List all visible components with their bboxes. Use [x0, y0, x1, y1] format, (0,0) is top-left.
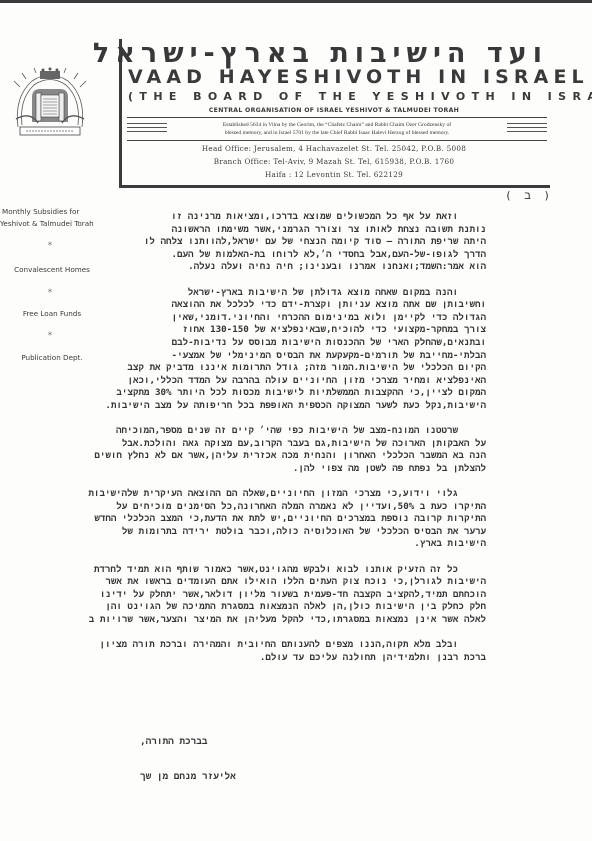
decorative-lines-right — [507, 123, 547, 135]
body-paragraph: וזאת על אף כל המכשולים שמוצא בדרכו,ומציא… — [14, 211, 486, 274]
body-line: גלוי וידוע,כי מצרכי המזון החיוניים,שאלה … — [24, 488, 486, 501]
emblem-icon — [12, 67, 88, 139]
body-line: וחשיבותן שם אתה מוצא עניותן וקצרת-ידם כד… — [120, 299, 486, 312]
letter-page: ועד הישיבות בארץ-ישראל VAAD HAYESHIVOTH … — [0, 3, 592, 841]
haifa-office: Haifa : 12 Levontin St. Tel. 622129 — [122, 170, 546, 179]
established-box: Established 5634 in Vilna by the Georim,… — [127, 117, 547, 141]
body-line: ובלב מלא תקוה,הננו מצפים להענותם החיובית… — [14, 639, 486, 652]
body-line: שרטטנו המונח-מצב של הישיבות כפי שהי׳ קיי… — [80, 425, 486, 438]
body-line: הדרך לגופו-של-העם,אבל בחסדי ה׳,לא לרוחו … — [90, 249, 486, 262]
established-line-1: Established 5634 in Vilna by the Georim,… — [182, 121, 492, 129]
body-line: התיקרות קרובה נוספת במצרכים החיוניים,יש … — [20, 513, 486, 526]
body-line: צורך במחקר-מקצועי כדי להוכיח,שבאינפלציא … — [120, 324, 486, 337]
letterhead: ועד הישיבות בארץ-ישראל VAAD HAYESHIVOTH … — [119, 39, 550, 188]
body-line: המקום לציין,כי ההקצבות הממשלתיות לישיבות… — [76, 387, 486, 400]
letterhead-central-org: CENTRAL ORGANISATION OF ISRAEL YESHIVOT … — [122, 107, 546, 114]
body-line: התיקרו כעת ב 50%,ועדיין לא נאמרה המלה הא… — [28, 501, 486, 514]
decorative-lines-left — [127, 123, 167, 135]
body-line: הוא אמר:השמד;ואנחנו אמרנו ובענינו; חיה נ… — [140, 261, 486, 274]
body-line: נותנת תשובה נצחת לאותו צר וצורר הגרמני,א… — [90, 224, 486, 237]
body-line: ובתנאים,שהחלק הארי של ההכנסות הישיבות מב… — [120, 337, 486, 350]
body-line: היתה שריפת התורה – סוד קיומה הנצחי של עם… — [90, 236, 486, 249]
body-line: להצלתן בל נפתח פה לשטן מה צפוי להן. — [140, 463, 486, 476]
closing-salutation: בברכת התורה, — [140, 736, 208, 747]
body-line: הישיבות לגורלן,כי נוכח צוק העתים הללו הו… — [24, 576, 486, 589]
body-line: כל זה הזעיק אותנו לבוא ולבקש מהגוינט,אשר… — [24, 564, 486, 577]
body-line: חלק כחלק בין הישיבות כולן,הן לאלה הנמצאו… — [24, 601, 486, 614]
body-paragraph: שרטטנו המונח-מצב של הישיבות כפי שהי׳ קיי… — [14, 425, 486, 475]
letterhead-subtitle: (THE BOARD OF THE YESHIVOTH IN ISRAEL) — [128, 91, 546, 103]
body-line: הישיבות,נקל כעת לשער המצוקה הכספית האופפ… — [74, 400, 486, 413]
body-line: ערער את הבסיס הכלכלי של האוכלוסיה כולה,ו… — [28, 526, 486, 539]
body-line: הוכחתם תמיד,להקציב הקצבה חד-פעמית בשעור … — [24, 589, 486, 602]
body-paragraph: והנה במקום שאחה מוצא גדולתן של הישיבות ב… — [14, 287, 486, 413]
established-text: Established 5634 in Vilna by the Georim,… — [182, 121, 492, 137]
body-line: וזאת על אף כל המכשולים שמוצא בדרכו,ומציא… — [90, 211, 486, 224]
body-line: והנה במקום שאחה מוצא גדולתן של הישיבות ב… — [130, 287, 486, 300]
body-line: על האבקותן הארוכה של הישיבות,גם בעבר הקר… — [70, 438, 486, 451]
body-paragraph: ובלב מלא תקוה,הננו מצפים להענותם החיובית… — [14, 639, 486, 664]
letterhead-hebrew-title: ועד הישיבות בארץ-ישראל — [128, 41, 548, 67]
body-line: הנה בא המשבר הכלכלי האחרון והנחית מכה אכ… — [44, 450, 486, 463]
body-line: הקיום הכלכלי של הישיבות.המור מזה; גודל ה… — [80, 362, 486, 375]
body-line: האינפלציא ומחיר מצרכי מזון החיוניים עולה… — [78, 375, 486, 388]
head-office: Head Office: Jerusalem, 4 Hachavazelet S… — [122, 144, 546, 153]
body-line: ברכת רבנן ותלמידיהן תחולנה עליכם עד עולם… — [130, 652, 486, 665]
body-line: הגדולה כדי לקיימן ולוא במינימום ההכרחי ו… — [120, 312, 486, 325]
body-line: הישיבות בארץ. — [380, 538, 486, 551]
body-line: הבלתי-מחייבת של תורמים-מקעקעת את הבסיס ה… — [120, 350, 486, 363]
body-paragraph: כל זה הזעיק אותנו לבוא ולבקש מהגוינט,אשר… — [14, 564, 486, 627]
letter-body: וזאת על אף כל המכשולים שמוצא בדרכו,ומציא… — [14, 211, 486, 677]
branch-office: Branch Office: Tel-Aviv, 9 Mazah St. Tel… — [122, 157, 546, 166]
letterhead-english-title: VAAD HAYESHIVOTH IN ISRAEL — [128, 67, 546, 87]
established-line-2: blessed memory, and in Israel 5701 by th… — [182, 129, 492, 137]
body-line: לאלה אשר אינן נמצאות במסגרתו,כדי להקל מע… — [12, 614, 486, 627]
body-paragraph: גלוי וידוע,כי מצרכי המזון החיוניים,שאלה … — [14, 488, 486, 551]
page-number: ( ב ) — [505, 189, 553, 203]
signature-name: אליעזר מנחם מן שך — [140, 771, 236, 782]
